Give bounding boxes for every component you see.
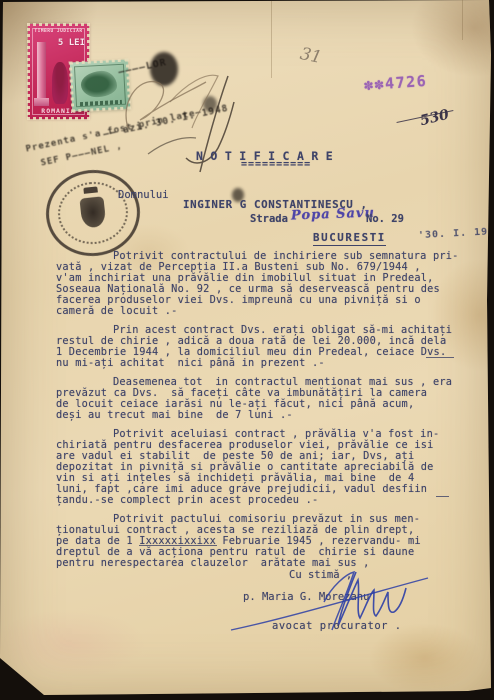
paragraph: Potrivit aceluiasi contract , prăvălia v…	[56, 429, 460, 506]
salutation: Domnului	[118, 189, 169, 201]
date-stamp: '30. I. 1948	[418, 226, 494, 241]
street-label: Strada	[250, 213, 288, 225]
underline-mark	[436, 496, 449, 497]
registry-number-stamp: ✽✽4726	[363, 72, 427, 94]
stamp-header-text: TIMBRU JUDICIAR	[28, 29, 89, 34]
body-line: deși au trecut mai bine de 7 luni .-	[56, 410, 460, 421]
underline-mark	[139, 545, 217, 546]
scanned-document: TIMBRU JUDICIAR 5 LEI ROMANIA ————LOR Pr…	[0, 0, 494, 700]
column-base-graphic	[34, 98, 49, 106]
body-line: nu mi-ați achitat nici până in prezent .…	[56, 358, 460, 369]
pencil-signature	[112, 58, 262, 193]
statue-figure-graphic	[52, 62, 68, 104]
fold-crease	[462, 0, 463, 40]
title-underline: ==========	[241, 159, 311, 170]
letter-body: Potrivit contractului de inchiriere sub …	[56, 251, 460, 577]
signer-role: avocat procurator .	[272, 620, 402, 632]
folio-number: 530	[418, 107, 450, 130]
fold-crease	[271, 0, 272, 78]
street-name-handwritten: Popa Savu	[291, 206, 375, 224]
street-number: No. 29	[366, 213, 404, 225]
paragraph: Potrivit pactului comisoriu prevăzut in …	[56, 514, 460, 569]
document-page: TIMBRU JUDICIAR 5 LEI ROMANIA ————LOR Pr…	[0, 0, 494, 700]
body-line: cameră de locuit .-	[56, 306, 460, 317]
underline-mark	[426, 357, 454, 358]
stamp-value: 5 LEI	[58, 38, 85, 48]
pencil-number: 31	[298, 44, 323, 68]
paragraph: Potrivit contractului de inchiriere sub …	[56, 251, 460, 317]
body-line: țandu.-se complect prin acest procedeu .…	[56, 495, 460, 506]
column-graphic	[37, 42, 46, 98]
paragraph: Deasemenea tot in contractul mentionat m…	[56, 377, 460, 421]
recipient-city: BUCURESTI	[313, 231, 386, 246]
paragraph: Prin acest contract Dvs. erați obligat s…	[56, 325, 460, 369]
